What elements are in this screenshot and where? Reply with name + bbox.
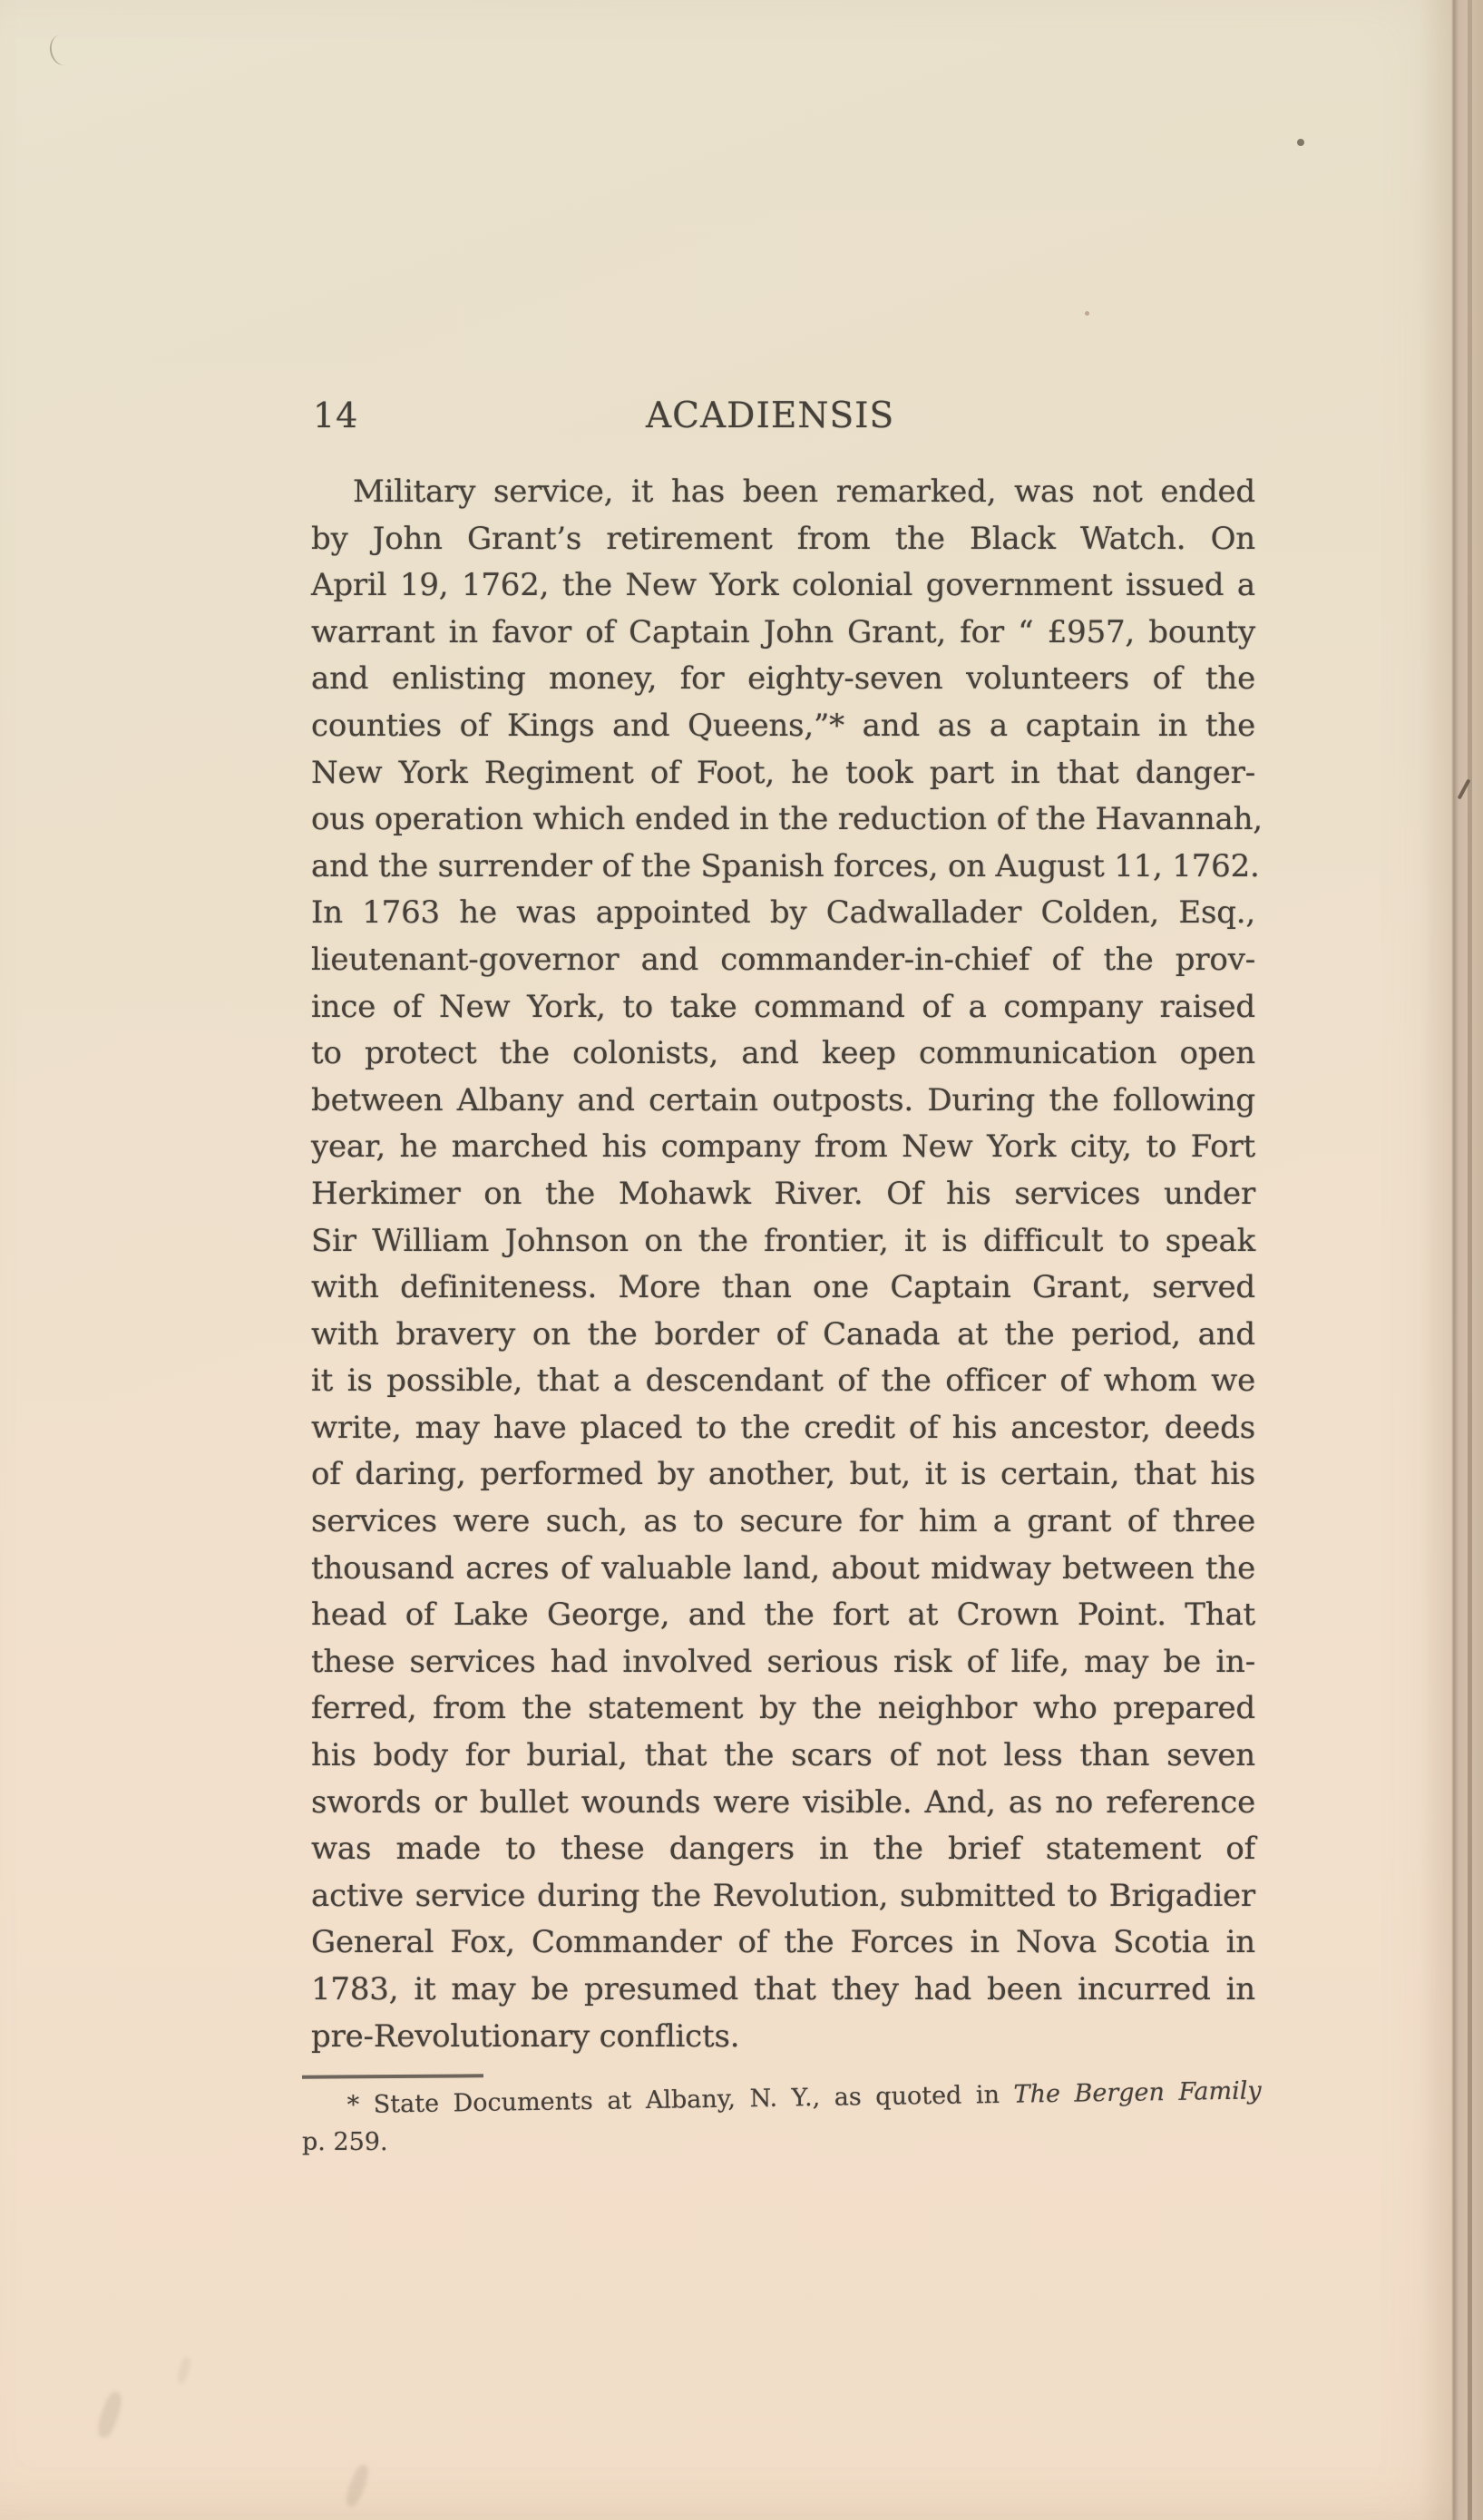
text-line: pre-Revolutionary conflicts. xyxy=(311,2014,1255,2061)
text-line: active service during the Revolution, su… xyxy=(311,1873,1255,1920)
text-line: New York Regiment of Foot, he took part … xyxy=(311,750,1255,797)
page-edge-line xyxy=(1468,0,1472,2520)
text-line: April 19, 1762, the New York colonial go… xyxy=(311,562,1255,610)
book-scan: 14 ACADIENSIS Military service, it has b… xyxy=(0,0,1483,2520)
text-line: with definiteness. More than one Captain… xyxy=(311,1265,1255,1312)
text-line: lieutenant-governor and commander-in-chi… xyxy=(311,937,1255,984)
text-line: General Fox, Commander of the Forces in … xyxy=(311,1919,1255,1967)
text-line: and enlisting money, for eighty-seven vo… xyxy=(311,656,1255,703)
text-line: with bravery on the border of Canada at … xyxy=(311,1312,1255,1359)
text-line: ous operation which ended in the reducti… xyxy=(311,796,1255,844)
ink-speck xyxy=(1085,311,1089,316)
text-line: to protect the colonists, and keep commu… xyxy=(311,1030,1255,1078)
text-line: write, may have placed to the credit of … xyxy=(311,1405,1255,1452)
text-line: his body for burial, that the scars of n… xyxy=(311,1733,1255,1780)
footnote-book-title: The Bergen Family xyxy=(1013,2076,1262,2108)
text-line: counties of Kings and Queens,”* and as a… xyxy=(311,703,1255,750)
text-line: year, he marched his company from New Yo… xyxy=(311,1124,1255,1171)
text-line: of daring, performed by another, but, it… xyxy=(311,1451,1255,1499)
text-line: head of Lake George, and the fort at Cro… xyxy=(311,1592,1255,1639)
text-line: thousand acres of valuable land, about m… xyxy=(311,1546,1255,1593)
body-text: Military service, it has been remarked, … xyxy=(311,469,1255,2060)
text-line: services were such, as to secure for him… xyxy=(311,1499,1255,1546)
page-number: 14 xyxy=(313,396,358,435)
text-line: ince of New York, to take command of a c… xyxy=(311,984,1255,1031)
text-line: ferred, from the statement by the neighb… xyxy=(311,1685,1255,1733)
footnote-page-ref: p. 259. xyxy=(302,2126,1262,2159)
journal-title: ACADIENSIS xyxy=(646,396,894,436)
text-line: it is possible, that a descendant of the… xyxy=(311,1358,1255,1405)
text-line: Sir William Johnson on the frontier, it … xyxy=(311,1218,1255,1265)
text-line: by John Grant’s retirement from the Blac… xyxy=(311,516,1255,563)
text-line: warrant in favor of Captain John Grant, … xyxy=(311,610,1255,657)
text-line: In 1763 he was appointed by Cadwallader … xyxy=(311,890,1255,937)
text-line: was made to these dangers in the brief s… xyxy=(311,1826,1255,1873)
text-line: these services had involved serious risk… xyxy=(311,1639,1255,1686)
text-line: swords or bullet wounds were visible. An… xyxy=(311,1780,1255,1827)
footnote: * State Documents at Albany, N. Y., as q… xyxy=(302,2090,1262,2159)
text-line: Military service, it has been remarked, … xyxy=(311,469,1255,516)
ink-speck xyxy=(1297,139,1304,146)
book-fore-edge xyxy=(1420,0,1483,2520)
text-line: and the surrender of the Spanish forces,… xyxy=(311,844,1255,891)
text-line: 1783, it may be presumed that they had b… xyxy=(311,1967,1255,2014)
running-head: 14 ACADIENSIS xyxy=(0,396,1483,439)
text-line: between Albany and certain outposts. Dur… xyxy=(311,1078,1255,1125)
text-line: Herkimer on the Mohawk River. Of his ser… xyxy=(311,1171,1255,1218)
